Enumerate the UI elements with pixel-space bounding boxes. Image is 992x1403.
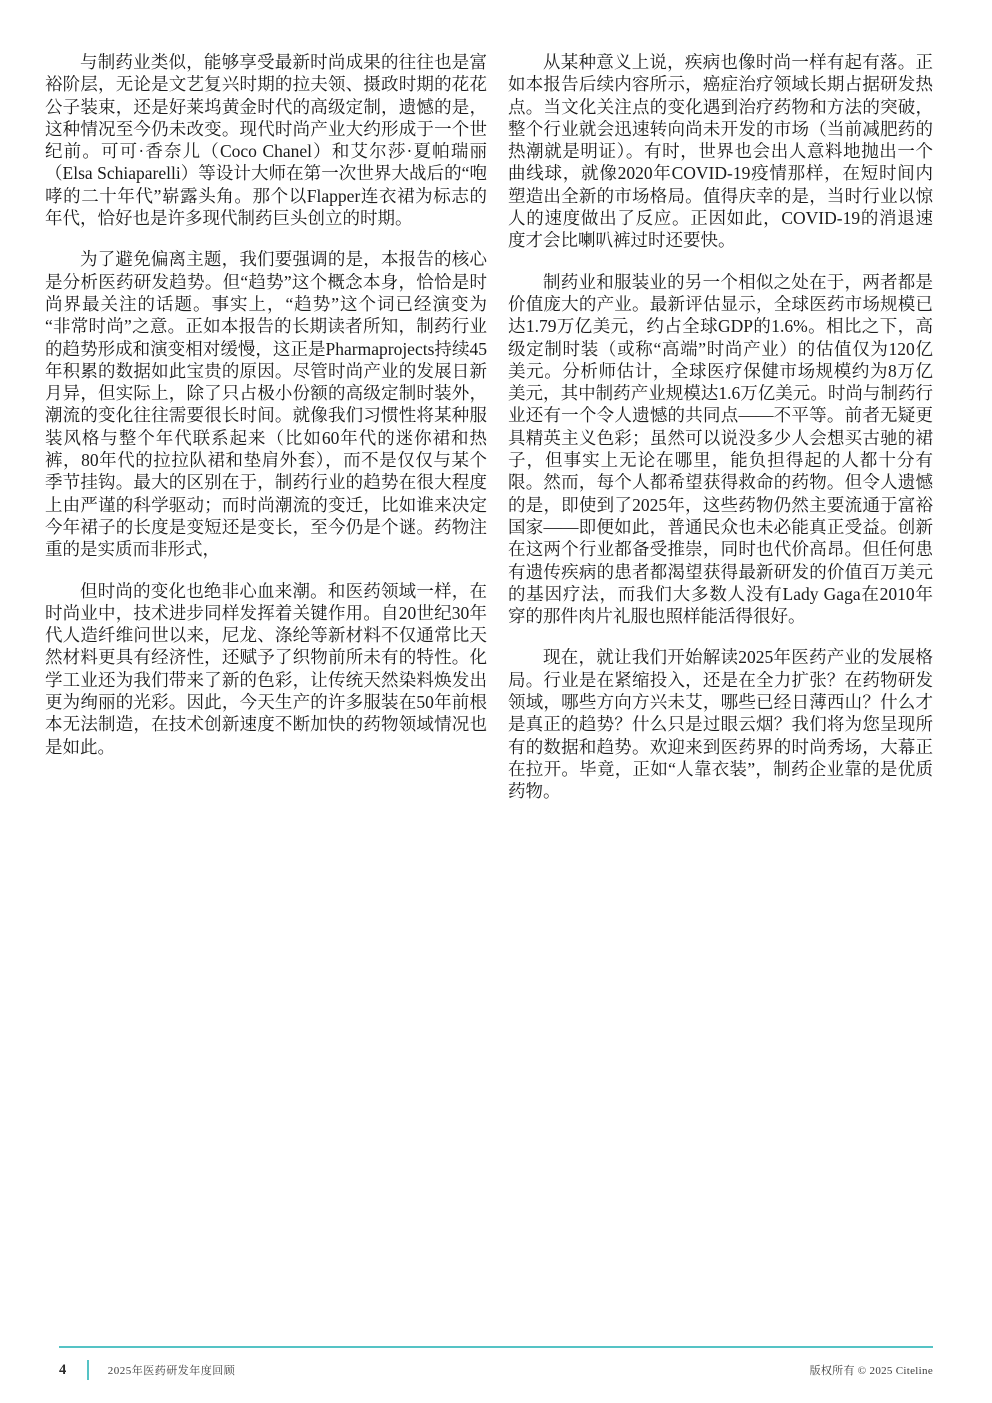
footer-copyright: 版权所有 © 2025 Citeline: [810, 1362, 933, 1378]
footer-divider-line: [59, 1346, 933, 1348]
page-number: 4: [59, 1362, 67, 1379]
body-columns: 与制药业类似，能够享受最新时尚成果的往往也是富裕阶层，无论是文艺复兴时期的拉夫领…: [45, 51, 933, 803]
paragraph-2025-outlook: 现在，就让我们开始解读2025年医药产业的发展格局。行业是在紧缩投入，还是在全力…: [508, 646, 933, 802]
left-column: 与制药业类似，能够享受最新时尚成果的往往也是富裕阶层，无论是文艺复兴时期的拉夫领…: [45, 51, 487, 803]
page-footer: 4 2025年医药研发年度回顾 版权所有 © 2025 Citeline: [59, 1358, 933, 1382]
right-column: 从某种意义上说，疾病也像时尚一样有起有落。正如本报告后续内容所示，癌症治疗领域长…: [508, 51, 933, 803]
footer-doc-title: 2025年医药研发年度回顾: [108, 1362, 236, 1378]
report-page: 与制药业类似，能够享受最新时尚成果的往往也是富裕阶层，无论是文艺复兴时期的拉夫领…: [0, 0, 992, 1403]
paragraph-technology-fabric: 但时尚的变化也绝非心血来潮。和医药领域一样，在时尚业中，技术进步同样发挥着关键作…: [45, 580, 487, 758]
paragraph-trends-core: 为了避免偏离主题，我们要强调的是，本报告的核心是分析医药研发趋势。但“趋势”这个…: [45, 248, 487, 560]
footer-separator-bar: [87, 1360, 89, 1380]
paragraph-market-size-inequality: 制药业和服装业的另一个相似之处在于，两者都是价值庞大的产业。最新评估显示，全球医…: [508, 271, 933, 628]
paragraph-fashion-wealth: 与制药业类似，能够享受最新时尚成果的往往也是富裕阶层，无论是文艺复兴时期的拉夫领…: [45, 51, 487, 229]
paragraph-disease-fashion-cycles: 从某种意义上说，疾病也像时尚一样有起有落。正如本报告后续内容所示，癌症治疗领域长…: [508, 51, 933, 252]
